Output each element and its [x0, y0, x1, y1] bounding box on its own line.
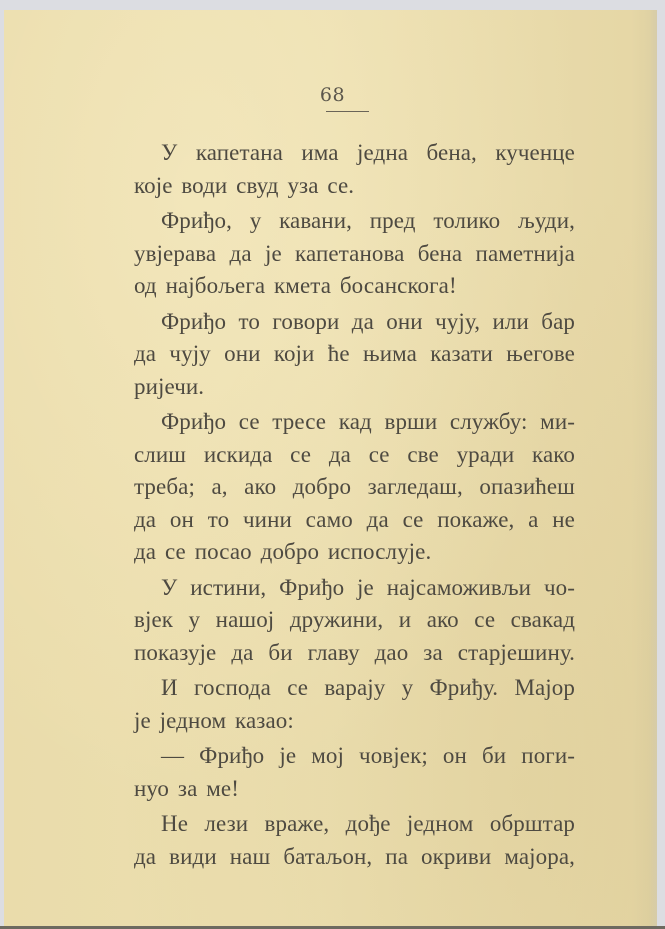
text-line: слиш искида се да се све уради како: [134, 439, 575, 472]
text-line: Фриђо се тресе кад врши службу: ми-: [134, 406, 575, 439]
paragraph: — Фриђо је мој човјек; он би поги- нуо з…: [134, 740, 575, 805]
text-line: да чују они који ће њима казати његове: [134, 338, 575, 371]
text-line: од најбољега кмета босанскога!: [134, 270, 575, 303]
text-line: је једном казао:: [134, 705, 575, 738]
text-line: Не лези враже, дође једном обрштар: [134, 808, 575, 841]
text-line: које води свуд уза се.: [134, 170, 575, 203]
paragraph: У капетана има једна бена, кученце које …: [134, 137, 575, 202]
paragraph: Фриђо се тресе кад врши службу: ми- слиш…: [134, 406, 575, 569]
text-line: да види наш батаљон, па окриви мајора,: [134, 841, 575, 874]
text-line: У капетана има једна бена, кученце: [134, 137, 575, 170]
body-text: У капетана има једна бена, кученце које …: [134, 137, 575, 876]
page-edge-shadow: [649, 10, 657, 926]
paragraph: Фриђо то говори да они чују, или бар да …: [134, 306, 575, 404]
text-line: да се посао добро испослује.: [134, 536, 575, 569]
paragraph: И господа се варају у Фриђу. Мајор је је…: [134, 672, 575, 737]
text-line: И господа се варају у Фриђу. Мајор: [134, 672, 575, 705]
paragraph: Фриђо, у кавани, пред толико људи, увјер…: [134, 205, 575, 303]
text-line: Фриђо, у кавани, пред толико људи,: [134, 205, 575, 238]
text-line: увјерава да је капетанова бена паметнија: [134, 238, 575, 271]
text-line: треба; а, ако добро загледаш, опазићеш: [134, 471, 575, 504]
page-number: 68: [0, 84, 665, 106]
page-number-rule: [326, 111, 369, 112]
text-line: вјек у нашој дружини, и ако се свакад: [134, 604, 575, 637]
paragraph: У истини, Фриђо је најсаможивљи чо- вјек…: [134, 572, 575, 670]
text-line: Фриђо то говори да они чују, или бар: [134, 306, 575, 339]
text-line: нуо за ме!: [134, 773, 575, 806]
text-line: да он то чини само да се покаже, а не: [134, 504, 575, 537]
text-line: — Фриђо је мој човјек; он би поги-: [134, 740, 575, 773]
text-line: ријечи.: [134, 371, 575, 404]
scanned-book-page: 68 У капетана има једна бена, кученце ко…: [0, 0, 665, 929]
text-line: показује да би главу дао за старјешину.: [134, 637, 575, 670]
text-line: У истини, Фриђо је најсаможивљи чо-: [134, 572, 575, 605]
paragraph: Не лези враже, дође једном обрштар да ви…: [134, 808, 575, 873]
